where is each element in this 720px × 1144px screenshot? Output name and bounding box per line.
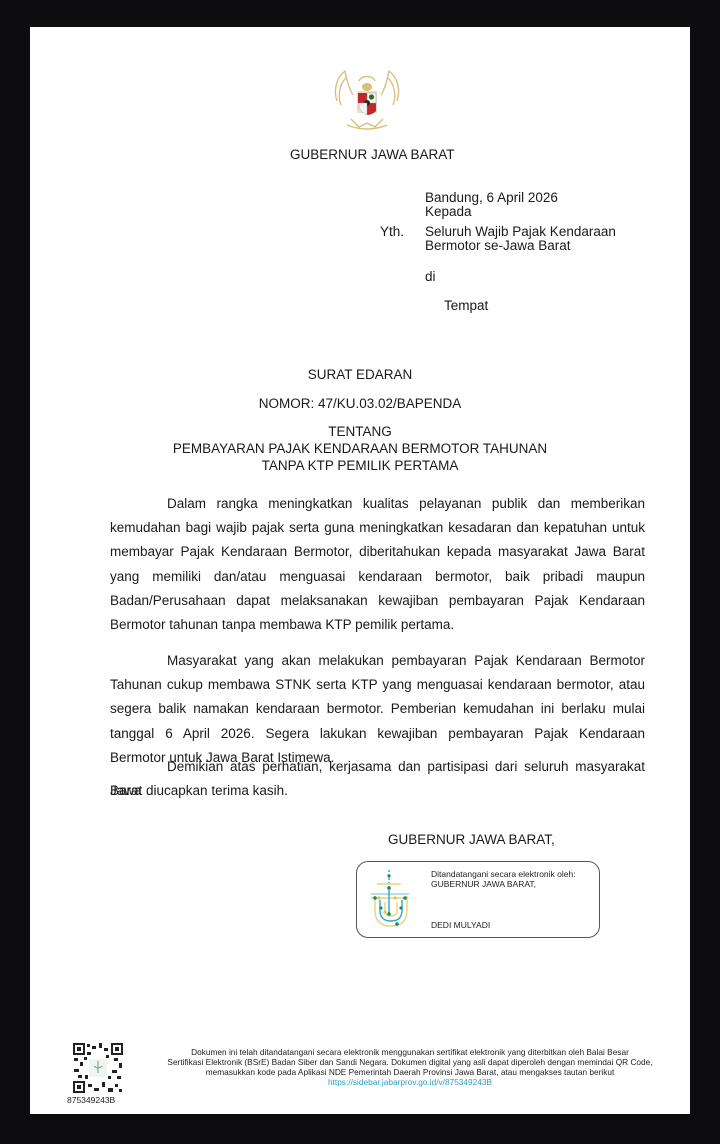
qr-code-text: 875349243B xyxy=(67,1095,115,1105)
paragraph-line: Tahunan cukup membawa STNK serta KTP yan… xyxy=(110,673,645,697)
paragraph-line: Masyarakat yang akan melakukan pembayara… xyxy=(110,649,645,673)
subject-line-1: PEMBAYARAN PAJAK KENDARAAN BERMOTOR TAHU… xyxy=(30,441,690,457)
letterhead-title: GUBERNUR JAWA BARAT xyxy=(290,147,455,163)
paragraph-2: Masyarakat yang akan melakukan pembayara… xyxy=(110,649,645,770)
paragraph-3: Demikian atas perhatian, kerjasama dan p… xyxy=(110,755,645,803)
paragraph-line: segera balik namakan kendaraan bermotor.… xyxy=(110,697,645,721)
qr-code-icon[interactable] xyxy=(72,1042,124,1094)
paragraph-1: Dalam rangka meningkatkan kualitas pelay… xyxy=(110,492,645,637)
di-label: di xyxy=(425,269,436,285)
paragraph-line: membayar Pajak Kendaraan Bermotor, diber… xyxy=(110,540,645,564)
signer-position: GUBERNUR JAWA BARAT, xyxy=(431,879,536,889)
paragraph-line: tanggal 6 April 2026. Segera lakukan kew… xyxy=(110,722,645,746)
letter-page: GUBERNUR JAWA BARAT Bandung, 6 April 202… xyxy=(30,27,690,1114)
electronic-signature-disclaimer: Dokumen ini telah ditandatangani secara … xyxy=(130,1047,690,1087)
paragraph-line: yang memiliki dan/atau menguasai kendara… xyxy=(110,565,645,589)
garuda-pancasila-emblem-icon xyxy=(329,67,405,135)
letter-number: NOMOR: 47/KU.03.02/BAPENDA xyxy=(30,396,690,412)
yth-label: Yth. xyxy=(380,224,404,240)
disclaimer-line-3: memasukkan kode pada Aplikasi NDE Pemeri… xyxy=(130,1067,690,1077)
paragraph-line: kemudahan bagi wajib pajak serta guna me… xyxy=(110,516,645,540)
paragraph-line: Barat diucapkan terima kasih. xyxy=(110,779,645,803)
disclaimer-line-1: Dokumen ini telah ditandatangani secara … xyxy=(130,1047,690,1057)
paragraph-line: Badan/Perusahaan dapat melaksanakan kewa… xyxy=(110,589,645,613)
verification-link[interactable]: https://sidebar.jabarprov.go.id/v/875349… xyxy=(130,1077,690,1087)
tempat-label: Tempat xyxy=(444,298,488,314)
subject-line-2: TANPA KTP PEMILIK PERTAMA xyxy=(30,458,690,474)
paragraph-line: Bermotor tahunan tanpa membawa KTP pemil… xyxy=(110,613,645,637)
bsre-signature-logo-icon xyxy=(367,868,413,932)
signer-name: DEDI MULYADI xyxy=(431,920,490,930)
electronic-signature-box: Ditandatangani secara elektronik oleh: G… xyxy=(356,861,600,938)
letter-type: SURAT EDARAN xyxy=(30,367,690,383)
signature-title: GUBERNUR JAWA BARAT, xyxy=(388,832,555,848)
to-label: Kepada xyxy=(425,204,472,220)
signed-by-label: Ditandatangani secara elektronik oleh: xyxy=(431,869,576,879)
tentang-label: TENTANG xyxy=(30,424,690,440)
paragraph-line: Dalam rangka meningkatkan kualitas pelay… xyxy=(110,492,645,516)
disclaimer-line-2: Sertifikasi Elektronik (BSrE) Badan Sibe… xyxy=(130,1057,690,1067)
paragraph-line: Demikian atas perhatian, kerjasama dan p… xyxy=(110,755,645,779)
recipient-line-2: Bermotor se-Jawa Barat xyxy=(425,238,571,254)
